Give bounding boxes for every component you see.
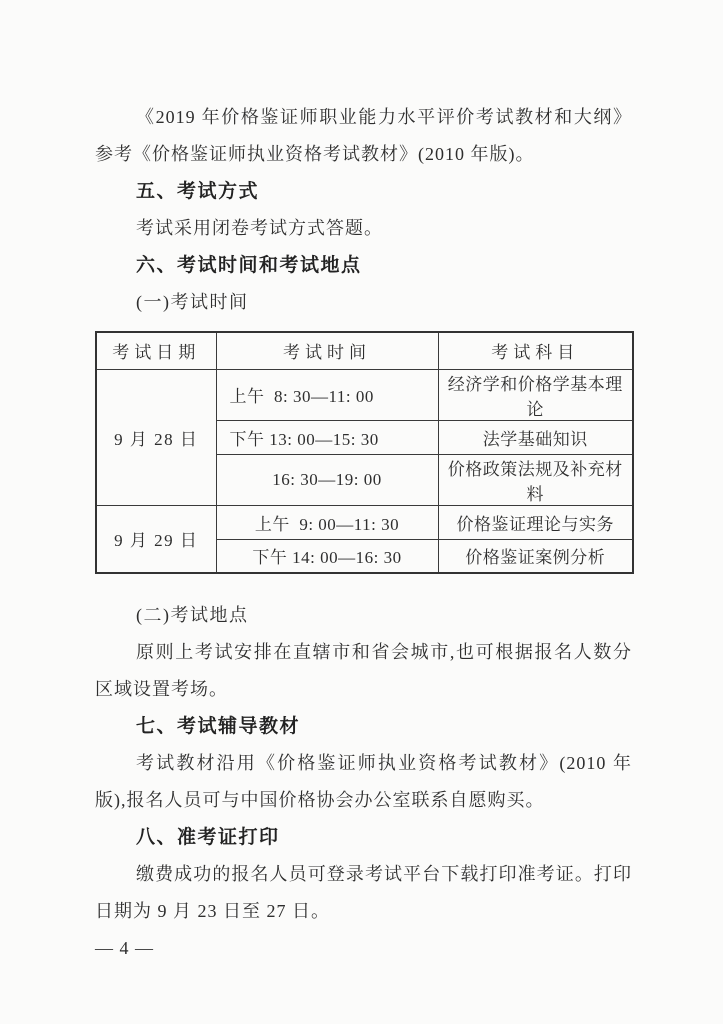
- exam-time-cell: 下午 13: 00—15: 30: [216, 420, 438, 454]
- section-heading-exam-method: 五、考试方式: [136, 173, 632, 210]
- sub-heading-exam-time: (一)考试时间: [136, 284, 632, 321]
- admission-ticket-paragraph: 缴费成功的报名人员可登录考试平台下载打印准考证。打印日期为 9 月 23 日至 …: [95, 856, 632, 930]
- exam-date-cell: 9 月 29 日: [96, 505, 216, 573]
- exam-schedule-table: 考试日期 考试时间 考试科目 9 月 28 日 上午 8: 30—11: 00 …: [95, 331, 634, 574]
- column-header-time: 考试时间: [216, 332, 438, 369]
- table-header-row: 考试日期 考试时间 考试科目: [96, 332, 633, 369]
- exam-date-cell: 9 月 28 日: [96, 369, 216, 505]
- sub-heading-exam-location: (二)考试地点: [136, 597, 632, 634]
- section-heading-admission-ticket: 八、准考证打印: [136, 819, 632, 856]
- exam-subject-cell: 价格政策法规及补充材料: [438, 454, 633, 505]
- exam-time-cell: 上午 9: 00—11: 30: [216, 505, 438, 539]
- intro-paragraph: 《2019 年价格鉴证师职业能力水平评价考试教材和大纲》参考《价格鉴证师执业资格…: [95, 99, 632, 173]
- exam-time-cell: 下午 14: 00—16: 30: [216, 539, 438, 573]
- column-header-subject: 考试科目: [438, 332, 633, 369]
- exam-time-cell: 上午 8: 30—11: 00: [216, 369, 438, 420]
- materials-paragraph: 考试教材沿用《价格鉴证师执业资格考试教材》(2010 年版),报名人员可与中国价…: [95, 745, 632, 819]
- table-row: 9 月 28 日 上午 8: 30—11: 00 经济学和价格学基本理论: [96, 369, 633, 420]
- exam-subject-cell: 经济学和价格学基本理论: [438, 369, 633, 420]
- exam-subject-cell: 价格鉴证理论与实务: [438, 505, 633, 539]
- table-row: 9 月 29 日 上午 9: 00—11: 30 价格鉴证理论与实务: [96, 505, 633, 539]
- page-number: — 4 —: [95, 930, 632, 967]
- column-header-date: 考试日期: [96, 332, 216, 369]
- exam-location-paragraph: 原则上考试安排在直辖市和省会城市,也可根据报名人数分区域设置考场。: [95, 634, 632, 708]
- exam-method-paragraph: 考试采用闭卷考试方式答题。: [95, 210, 632, 247]
- exam-subject-cell: 法学基础知识: [438, 420, 633, 454]
- document-page: 《2019 年价格鉴证师职业能力水平评价考试教材和大纲》参考《价格鉴证师执业资格…: [0, 0, 723, 1024]
- section-heading-materials: 七、考试辅导教材: [136, 708, 632, 745]
- exam-time-cell: 16: 30—19: 00: [216, 454, 438, 505]
- document-content: 《2019 年价格鉴证师职业能力水平评价考试教材和大纲》参考《价格鉴证师执业资格…: [95, 0, 632, 967]
- exam-subject-cell: 价格鉴证案例分析: [438, 539, 633, 573]
- section-heading-time-location: 六、考试时间和考试地点: [136, 247, 632, 284]
